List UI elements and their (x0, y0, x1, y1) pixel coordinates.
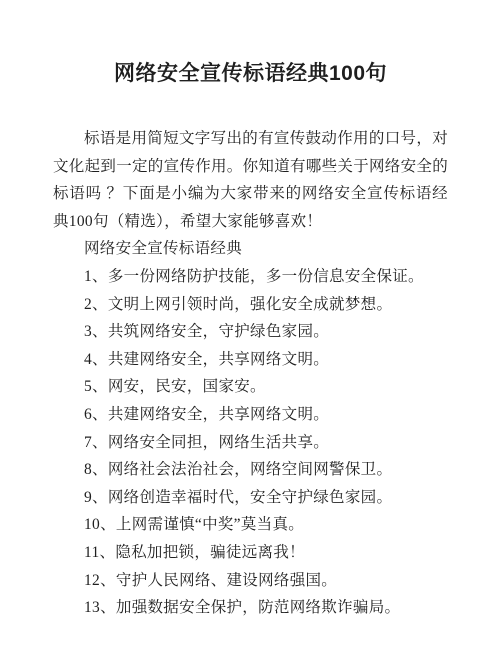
slogan-item: 9、网络创造幸福时代，安全守护绿色家园。 (53, 484, 448, 512)
slogan-item: 4、共建网络安全，共享网络文明。 (53, 346, 448, 374)
slogan-item: 2、文明上网引领时尚，强化安全成就梦想。 (53, 291, 448, 319)
section-heading: 网络安全宣传标语经典 (53, 235, 448, 263)
document-body: 标语是用简短文字写出的有宣传鼓动作用的口号，对文化起到一定的宣传作用。你知道有哪… (53, 125, 448, 622)
slogan-item: 13、加强数据安全保护，防范网络欺诈骗局。 (53, 594, 448, 622)
document-page: 网络安全宣传标语经典100句 标语是用简短文字写出的有宣传鼓动作用的口号，对文化… (0, 0, 500, 662)
slogan-item: 5、网安，民安，国家安。 (53, 373, 448, 401)
slogan-item: 7、网络安全同担，网络生活共享。 (53, 429, 448, 457)
intro-paragraph: 标语是用简短文字写出的有宣传鼓动作用的口号，对文化起到一定的宣传作用。你知道有哪… (53, 125, 448, 235)
slogan-item: 12、守护人民网络、建设网络强国。 (53, 567, 448, 595)
slogan-item: 10、上网需谨慎“中奖”莫当真。 (53, 511, 448, 539)
slogan-item: 11、隐私加把锁，骗徒远离我！ (53, 539, 448, 567)
slogan-item: 8、网络社会法治社会，网络空间网警保卫。 (53, 456, 448, 484)
page-title: 网络安全宣传标语经典100句 (53, 60, 448, 88)
slogan-item: 1、多一份网络防护技能，多一份信息安全保证。 (53, 263, 448, 291)
slogan-item: 6、共建网络安全，共享网络文明。 (53, 401, 448, 429)
slogan-item: 3、共筑网络安全，守护绿色家园。 (53, 318, 448, 346)
